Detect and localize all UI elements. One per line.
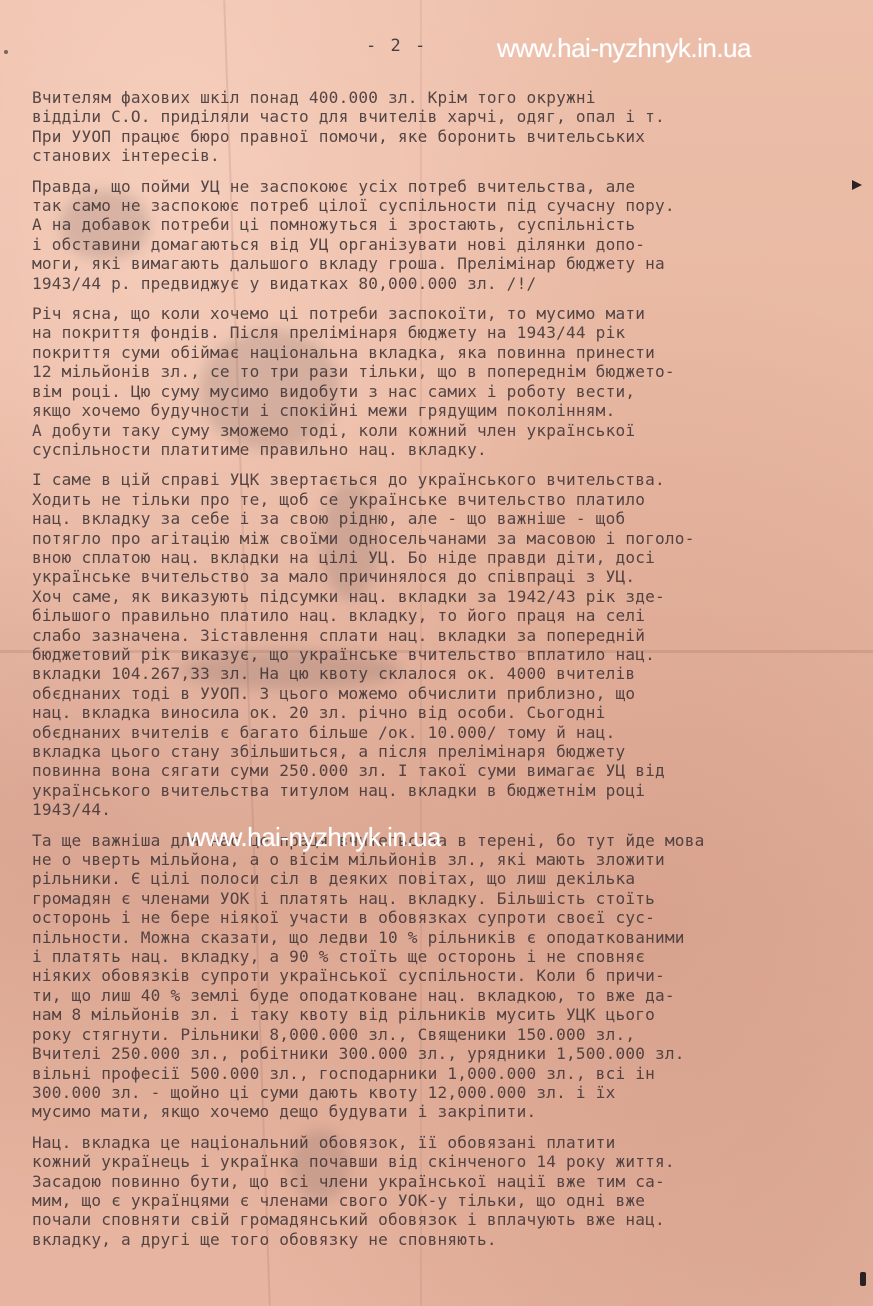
text-line: ти, що лиш 40 % землі буде оподатковане … [32, 986, 862, 1005]
text-line: 1943/44. [32, 800, 862, 819]
text-line: почали сповняти свій громадянський обовя… [32, 1210, 862, 1229]
edge-mark [860, 1272, 866, 1286]
text-line: на покриття фондів. Після прелімінаря бю… [32, 323, 862, 342]
text-line: року стягнути. Рільники 8,000.000 зл., С… [32, 1025, 862, 1044]
text-line: мусимо мати, якщо хочемо дещо будувати і… [32, 1102, 862, 1121]
document-page: - 2 - www.hai-nyzhnyk.in.ua Вчителям фах… [0, 0, 873, 1306]
watermark-url: www.hai-nyzhnyk.in.ua [187, 822, 441, 853]
text-line: бюджетовий рік виказує, що українське вч… [32, 645, 862, 664]
paragraph: Вчителям фахових шкіл понад 400.000 зл. … [32, 88, 862, 166]
text-line: так само не заспокоює потреб цілої суспі… [32, 196, 862, 215]
page-number: - 2 - [366, 36, 427, 56]
text-line: вкладку, а другі ще того обовязку не спо… [32, 1230, 862, 1249]
text-line: І саме в цій справі УЦК звертається до у… [32, 470, 862, 489]
edge-mark [4, 50, 8, 54]
text-line: вім році. Цю суму мусимо видобути з нас … [32, 382, 862, 401]
text-line: моги, які вимагають дальшого вкладу грош… [32, 254, 862, 273]
text-line: слабо зазначена. Зіставлення сплати нац.… [32, 626, 862, 645]
text-line: мим, що є українцями є членами свого УОК… [32, 1191, 862, 1210]
text-line: А добути таку суму зможемо тоді, коли ко… [32, 421, 862, 440]
text-line: Хоч саме, як виказують підсумки нац. вкл… [32, 587, 862, 606]
text-line: обєднаних тоді в УУОП. З цього можемо об… [32, 684, 862, 703]
paragraph: Правда, що пойми УЦ не заспокоює усіх по… [32, 177, 862, 293]
text-line: громадян є членами УОК і платять нац. вк… [32, 889, 862, 908]
text-line: суспільности платитиме правильно нац. вк… [32, 440, 862, 459]
text-line: якщо хочемо будучности і спокійні межи г… [32, 401, 862, 420]
text-line: Вчителі 250.000 зл., робітники 300.000 з… [32, 1044, 862, 1063]
text-line: 12 мільйонів зл., се то три рази тільки,… [32, 362, 862, 381]
document-body: Вчителям фахових шкіл понад 400.000 зл. … [32, 88, 862, 1260]
text-line: нам 8 мільйонів зл. і таку квоту від ріл… [32, 1005, 862, 1024]
watermark-url: www.hai-nyzhnyk.in.ua [497, 33, 751, 64]
text-line: Вчителям фахових шкіл понад 400.000 зл. … [32, 88, 862, 107]
text-line: Ходить не тільки про те, щоб се українсь… [32, 490, 862, 509]
paragraph: Та ще важніша для нас це праця вчительст… [32, 831, 862, 1122]
text-line: При УУОП працює бюро правної помочи, яке… [32, 127, 862, 146]
text-line: пільности. Можна сказати, що ледви 10 % … [32, 928, 862, 947]
text-line: Нац. вкладка це національний обовязок, ї… [32, 1133, 862, 1152]
text-line: Та ще важніша для нас це праця вчительст… [32, 831, 862, 850]
text-line: повинна вона сягати суми 250.000 зл. І т… [32, 761, 862, 780]
text-line: обєднаних вчителів є багато більше /ок. … [32, 723, 862, 742]
paragraph: І саме в цій справі УЦК звертається до у… [32, 470, 862, 819]
text-line: українського вчительства титулом нац. вк… [32, 781, 862, 800]
text-line: А на добавок потреби ці помножуться і зр… [32, 215, 862, 234]
text-line: і платять нац. вкладку, а 90 % стоїть ще… [32, 947, 862, 966]
text-line: 1943/44 р. предвиджує у видатках 80,000.… [32, 274, 862, 293]
text-line: Правда, що пойми УЦ не заспокоює усіх по… [32, 177, 862, 196]
text-line: більшого правильно платило нац. вкладку,… [32, 606, 862, 625]
text-line: осторонь і не бере ніякої участи в обовя… [32, 908, 862, 927]
text-line: вкладка цього стану збільшиться, а після… [32, 742, 862, 761]
paragraph: Нац. вкладка це національний обовязок, ї… [32, 1133, 862, 1249]
text-line: нац. вкладка виносила ок. 20 зл. річно в… [32, 703, 862, 722]
text-line: рільники. Є цілі полоси сіл в деяких пов… [32, 869, 862, 888]
text-line: вільні професії 500.000 зл., господарник… [32, 1064, 862, 1083]
text-line: ніяких обовязків супроти української сус… [32, 966, 862, 985]
text-line: не о чверть мільйона, а о вісім мільйоні… [32, 850, 862, 869]
text-line: Річ ясна, що коли хочемо ці потреби засп… [32, 304, 862, 323]
text-line: станових інтересів. [32, 146, 862, 165]
text-line: вкладки 104.267,33 зл. На цю квоту склал… [32, 664, 862, 683]
text-line: вною сплатою нац. вкладки на цілі УЦ. Бо… [32, 548, 862, 567]
text-line: Засадою повинно бути, що всі члени украї… [32, 1172, 862, 1191]
text-line: і обставини домагаються від УЦ організув… [32, 235, 862, 254]
text-line: 300.000 зл. - щойно ці суми дають квоту … [32, 1083, 862, 1102]
text-line: українське вчительство за мало причиняло… [32, 567, 862, 586]
text-line: покриття суми обіймає національна вкладк… [32, 343, 862, 362]
paragraph: Річ ясна, що коли хочемо ці потреби засп… [32, 304, 862, 459]
text-line: нац. вкладку за себе і за свою рідню, ал… [32, 509, 862, 528]
text-line: відділи С.О. приділяли часто для вчителі… [32, 107, 862, 126]
text-line: потягло про агітацію між своїми односель… [32, 529, 862, 548]
text-line: кожний українець і українка почавши від … [32, 1152, 862, 1171]
